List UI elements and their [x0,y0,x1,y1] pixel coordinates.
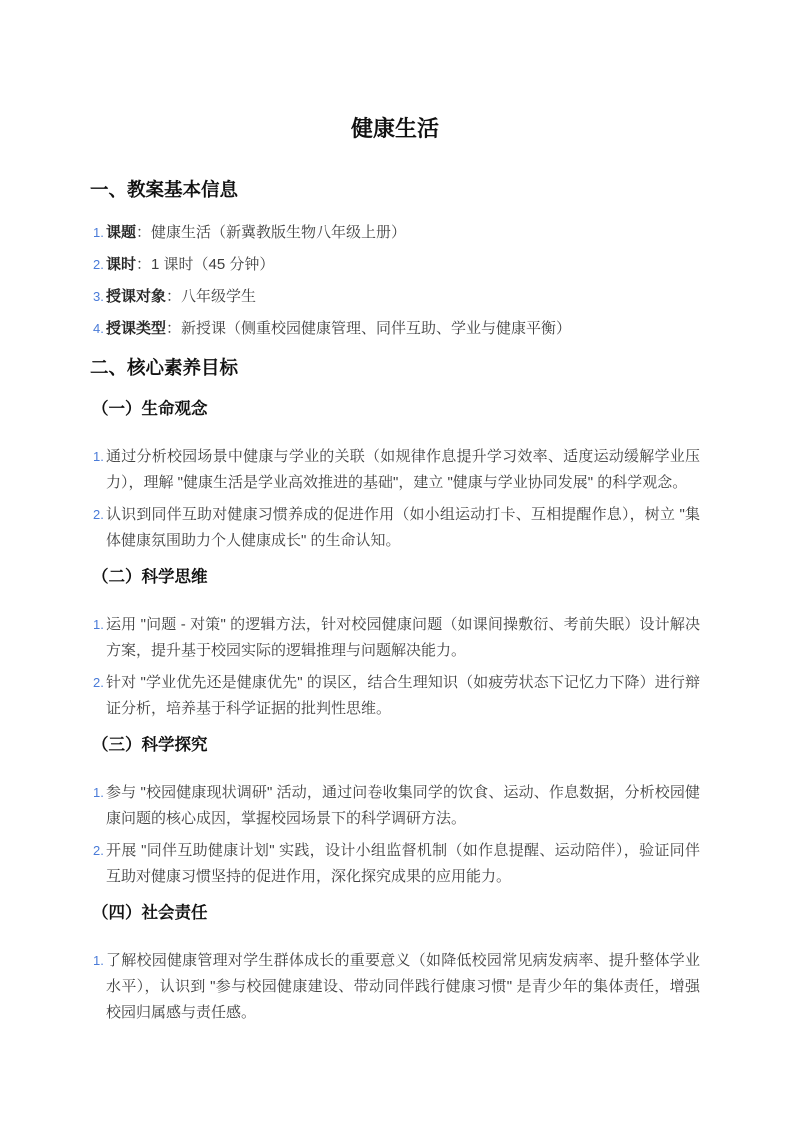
list-item-text: 开展 "同伴互助健康计划" 实践，设计小组监督机制（如作息提醒、运动陪伴），验证… [106,838,700,890]
list-item-text: 参与 "校园健康现状调研" 活动，通过问卷收集同学的饮食、运动、作息数据，分析校… [106,780,700,832]
list-item-text: 了解校园健康管理对学生群体成长的重要意义（如降低校园常见病发病率、提升整体学业水… [106,948,700,1026]
list-item-label: 课时 [106,256,136,273]
list-item-number: 3. [93,284,106,310]
list-item-text: 认识到同伴互助对健康习惯养成的促进作用（如小组运动打卡、互相提醒作息），树立 "… [106,502,700,554]
life-concept-list: 1. 通过分析校园场景中健康与学业的关联（如规律作息提升学习效率、适度运动缓解学… [90,444,700,554]
list-item-number: 2. [93,670,106,722]
list-item-text: 运用 "问题 - 对策" 的逻辑方法，针对校园健康问题（如课间操敷衍、考前失眠）… [106,612,700,664]
list-item-text: 针对 "学业优先还是健康优先" 的误区，结合生理知识（如疲劳状态下记忆力下降）进… [106,670,700,722]
document-page: 健康生活 一、教案基本信息 1. 课题：健康生活（新冀教版生物八年级上册） 2.… [0,0,794,1123]
list-item-number: 2. [93,838,106,890]
list-item-text: 授课对象：八年级学生 [106,284,700,310]
list-item: 1. 运用 "问题 - 对策" 的逻辑方法，针对校园健康问题（如课间操敷衍、考前… [90,612,700,664]
section-heading-basic-info: 一、教案基本信息 [90,178,700,202]
list-item-colon: ： [136,224,151,241]
list-item-number: 1. [93,948,106,1026]
list-item: 2. 针对 "学业优先还是健康优先" 的误区，结合生理知识（如疲劳状态下记忆力下… [90,670,700,722]
list-item: 1. 通过分析校园场景中健康与学业的关联（如规律作息提升学习效率、适度运动缓解学… [90,444,700,496]
scientific-inquiry-list: 1. 参与 "校园健康现状调研" 活动，通过问卷收集同学的饮食、运动、作息数据，… [90,780,700,890]
list-item-colon: ： [166,320,181,337]
list-item-colon: ： [136,256,151,273]
list-item: 1. 了解校园健康管理对学生群体成长的重要意义（如降低校园常见病发病率、提升整体… [90,948,700,1026]
subsection-heading-life-concept: （一）生命观念 [90,398,700,421]
list-item-label: 授课类型 [106,320,166,337]
list-item-label: 课题 [106,224,136,241]
basic-info-list: 1. 课题：健康生活（新冀教版生物八年级上册） 2. 课时：1 课时（45 分钟… [90,220,700,342]
list-item-text: 课时：1 课时（45 分钟） [106,252,700,278]
list-item-number: 1. [93,612,106,664]
list-item: 1. 课题：健康生活（新冀教版生物八年级上册） [90,220,700,246]
subsection-heading-social-responsibility: （四）社会责任 [90,902,700,925]
social-responsibility-list: 1. 了解校园健康管理对学生群体成长的重要意义（如降低校园常见病发病率、提升整体… [90,948,700,1026]
list-item-text: 通过分析校园场景中健康与学业的关联（如规律作息提升学习效率、适度运动缓解学业压力… [106,444,700,496]
section-core-objectives: 二、核心素养目标 （一）生命观念 1. 通过分析校园场景中健康与学业的关联（如规… [90,356,700,1026]
list-item-number: 1. [93,780,106,832]
list-item-label: 授课对象 [106,288,166,305]
list-item-value: 新授课（侧重校园健康管理、同伴互助、学业与健康平衡） [181,320,571,337]
subsection-heading-scientific-inquiry: （三）科学探究 [90,734,700,757]
list-item-number: 1. [93,444,106,496]
subsection-heading-scientific-thinking: （二）科学思维 [90,566,700,589]
list-item-number: 4. [93,316,106,342]
list-item-text: 授课类型：新授课（侧重校园健康管理、同伴互助、学业与健康平衡） [106,316,700,342]
page-title: 健康生活 [90,114,700,144]
list-item-text: 课题：健康生活（新冀教版生物八年级上册） [106,220,700,246]
list-item-value: 八年级学生 [181,288,256,305]
list-item-value: 1 课时（45 分钟） [151,256,274,273]
list-item: 2. 开展 "同伴互助健康计划" 实践，设计小组监督机制（如作息提醒、运动陪伴）… [90,838,700,890]
list-item: 1. 参与 "校园健康现状调研" 活动，通过问卷收集同学的饮食、运动、作息数据，… [90,780,700,832]
list-item-colon: ： [166,288,181,305]
list-item-number: 2. [93,252,106,278]
list-item: 2. 认识到同伴互助对健康习惯养成的促进作用（如小组运动打卡、互相提醒作息），树… [90,502,700,554]
list-item: 2. 课时：1 课时（45 分钟） [90,252,700,278]
scientific-thinking-list: 1. 运用 "问题 - 对策" 的逻辑方法，针对校园健康问题（如课间操敷衍、考前… [90,612,700,722]
section-heading-core-objectives: 二、核心素养目标 [90,356,700,380]
list-item-value: 健康生活（新冀教版生物八年级上册） [151,224,406,241]
list-item-number: 2. [93,502,106,554]
list-item: 3. 授课对象：八年级学生 [90,284,700,310]
list-item-number: 1. [93,220,106,246]
list-item: 4. 授课类型：新授课（侧重校园健康管理、同伴互助、学业与健康平衡） [90,316,700,342]
section-basic-info: 一、教案基本信息 1. 课题：健康生活（新冀教版生物八年级上册） 2. 课时：1… [90,178,700,342]
